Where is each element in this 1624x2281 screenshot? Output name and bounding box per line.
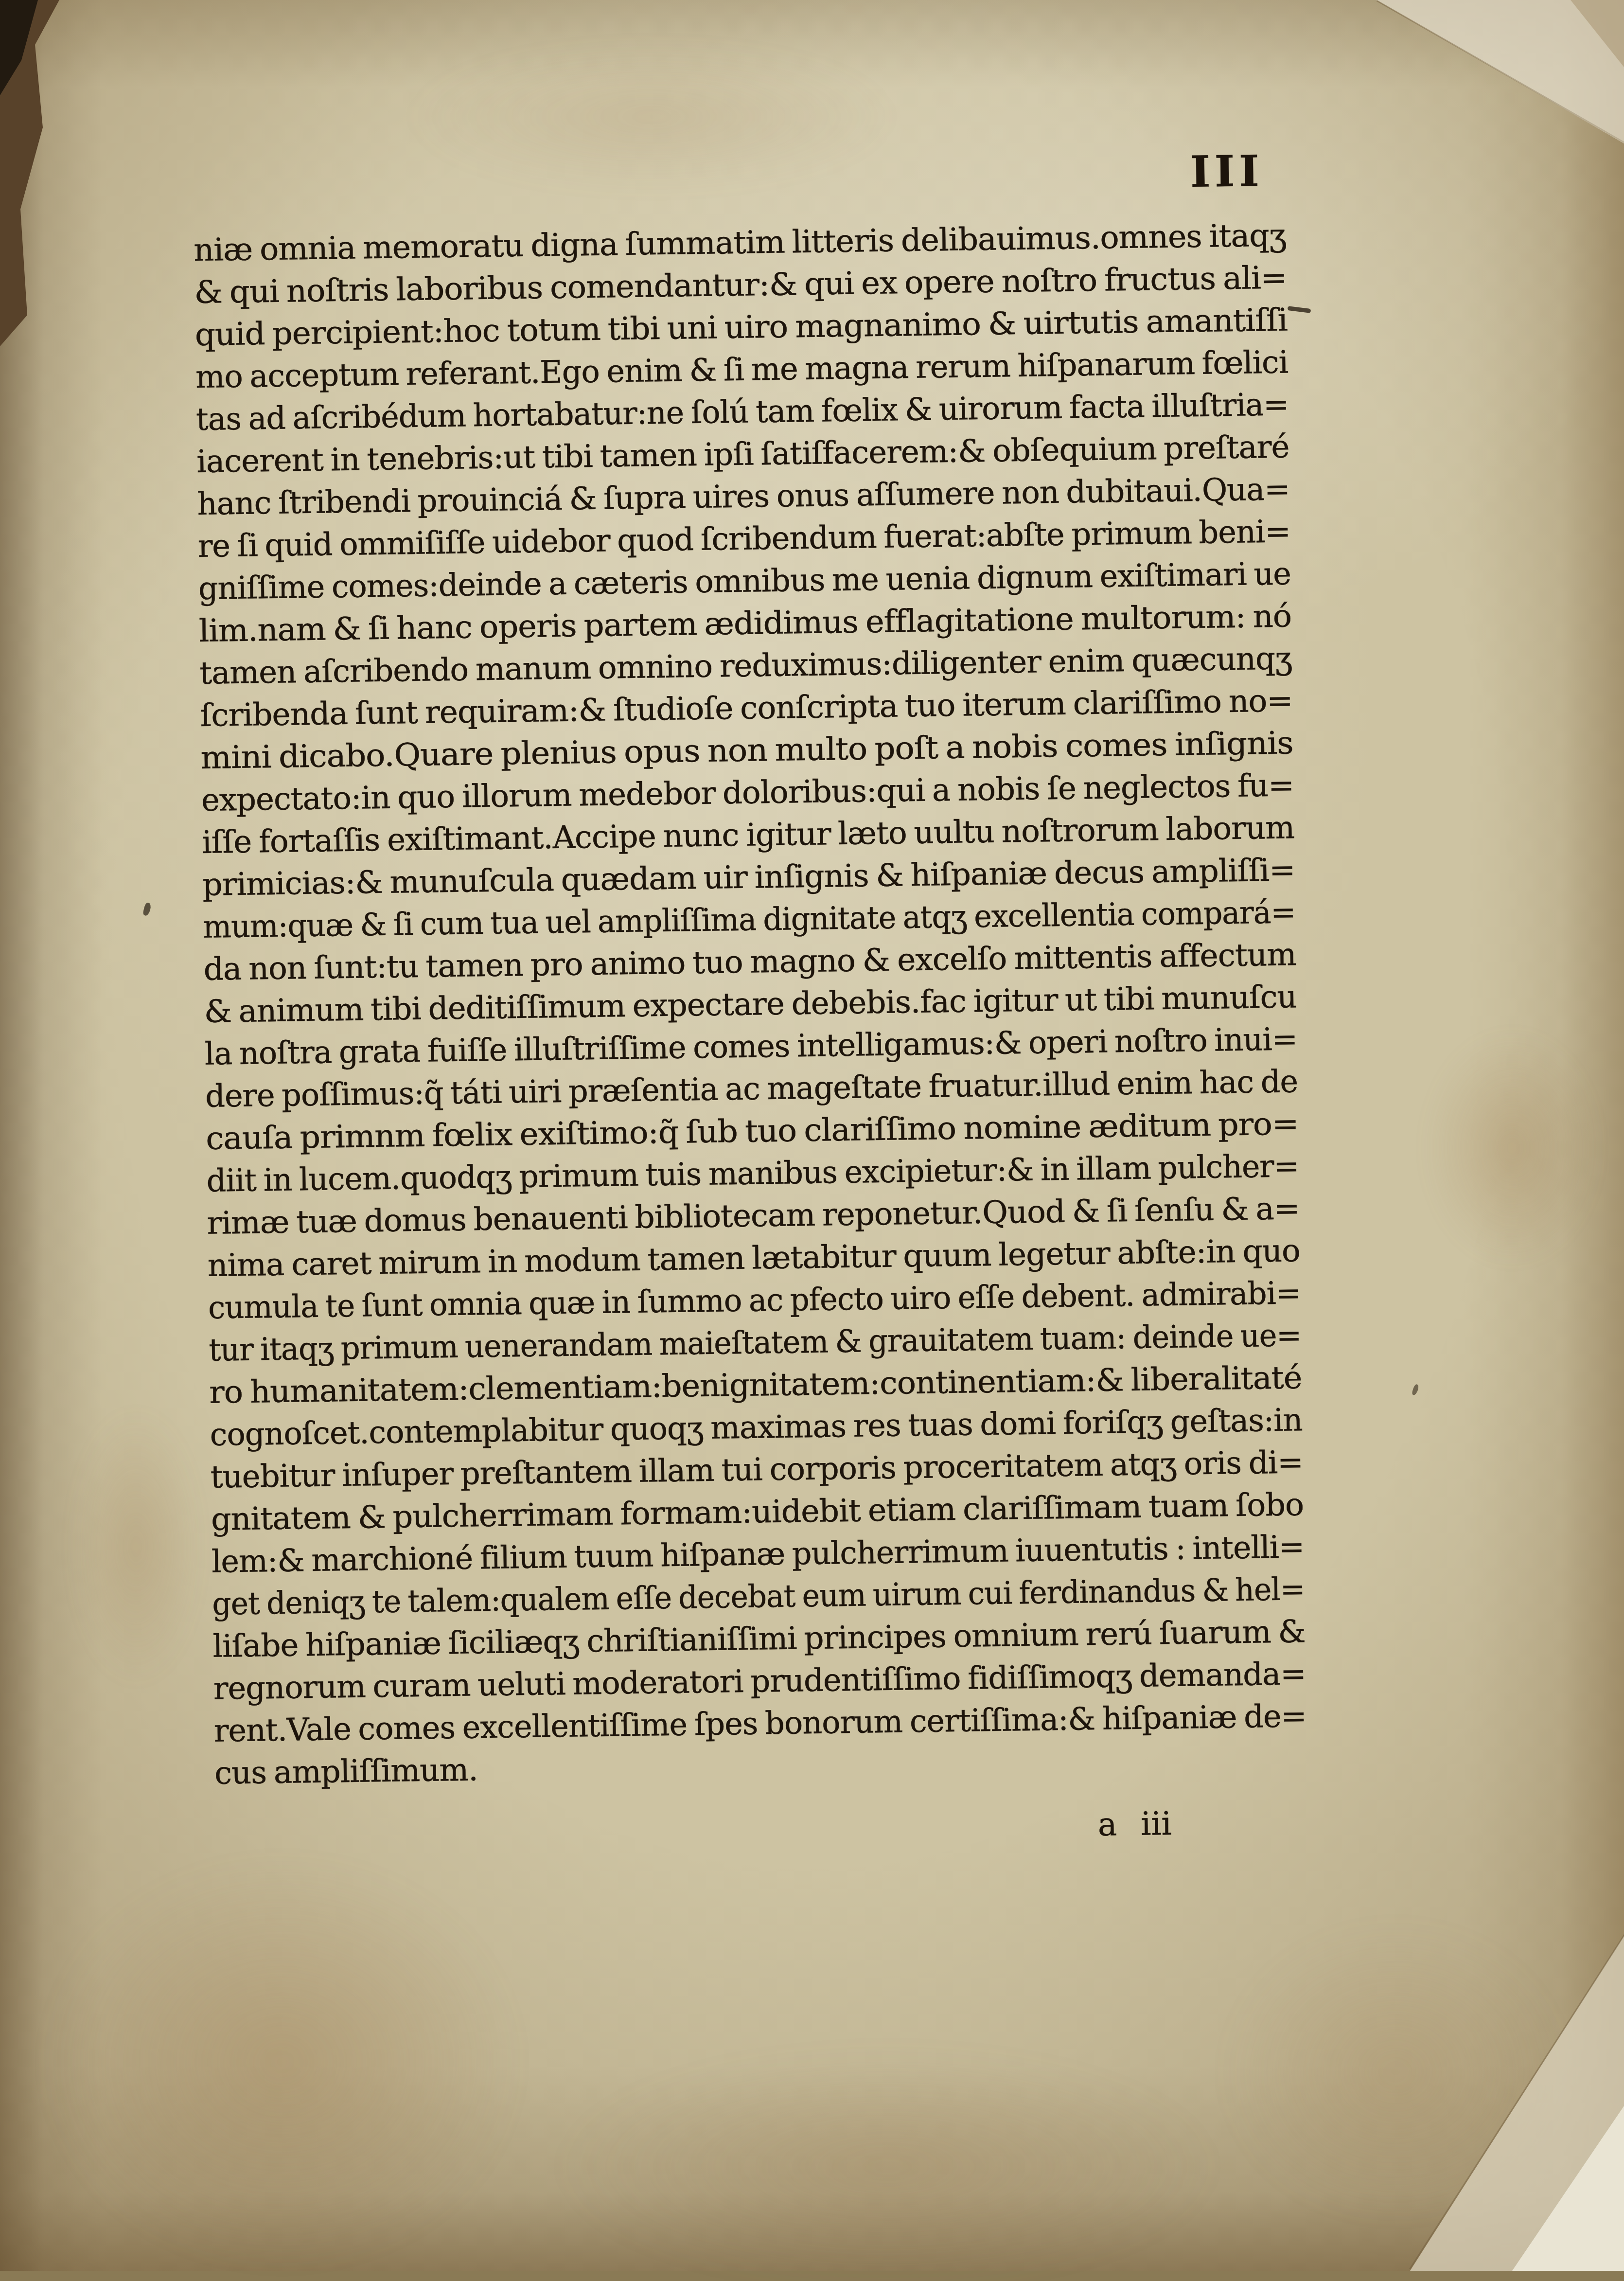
margin-ink-dash — [1288, 306, 1311, 313]
margin-ink-mark — [1412, 1384, 1420, 1396]
margin-ink-speck — [142, 902, 152, 916]
signature-mark: a iii — [1098, 1805, 1172, 1843]
book-page-scan: III niæ omnia memoratu digna ſummatim li… — [0, 0, 1624, 2271]
stain-top-center — [408, 44, 895, 190]
stain-left-middle — [73, 1410, 199, 1683]
stain-bottom-center — [559, 2052, 1216, 2271]
folio-page-number: III — [1190, 145, 1264, 197]
text-block: niæ omnia memoratu digna ſummatim litter… — [194, 214, 1308, 1795]
stain-right-middle — [1425, 1031, 1600, 1265]
stain-bottom-left — [44, 1858, 520, 2266]
